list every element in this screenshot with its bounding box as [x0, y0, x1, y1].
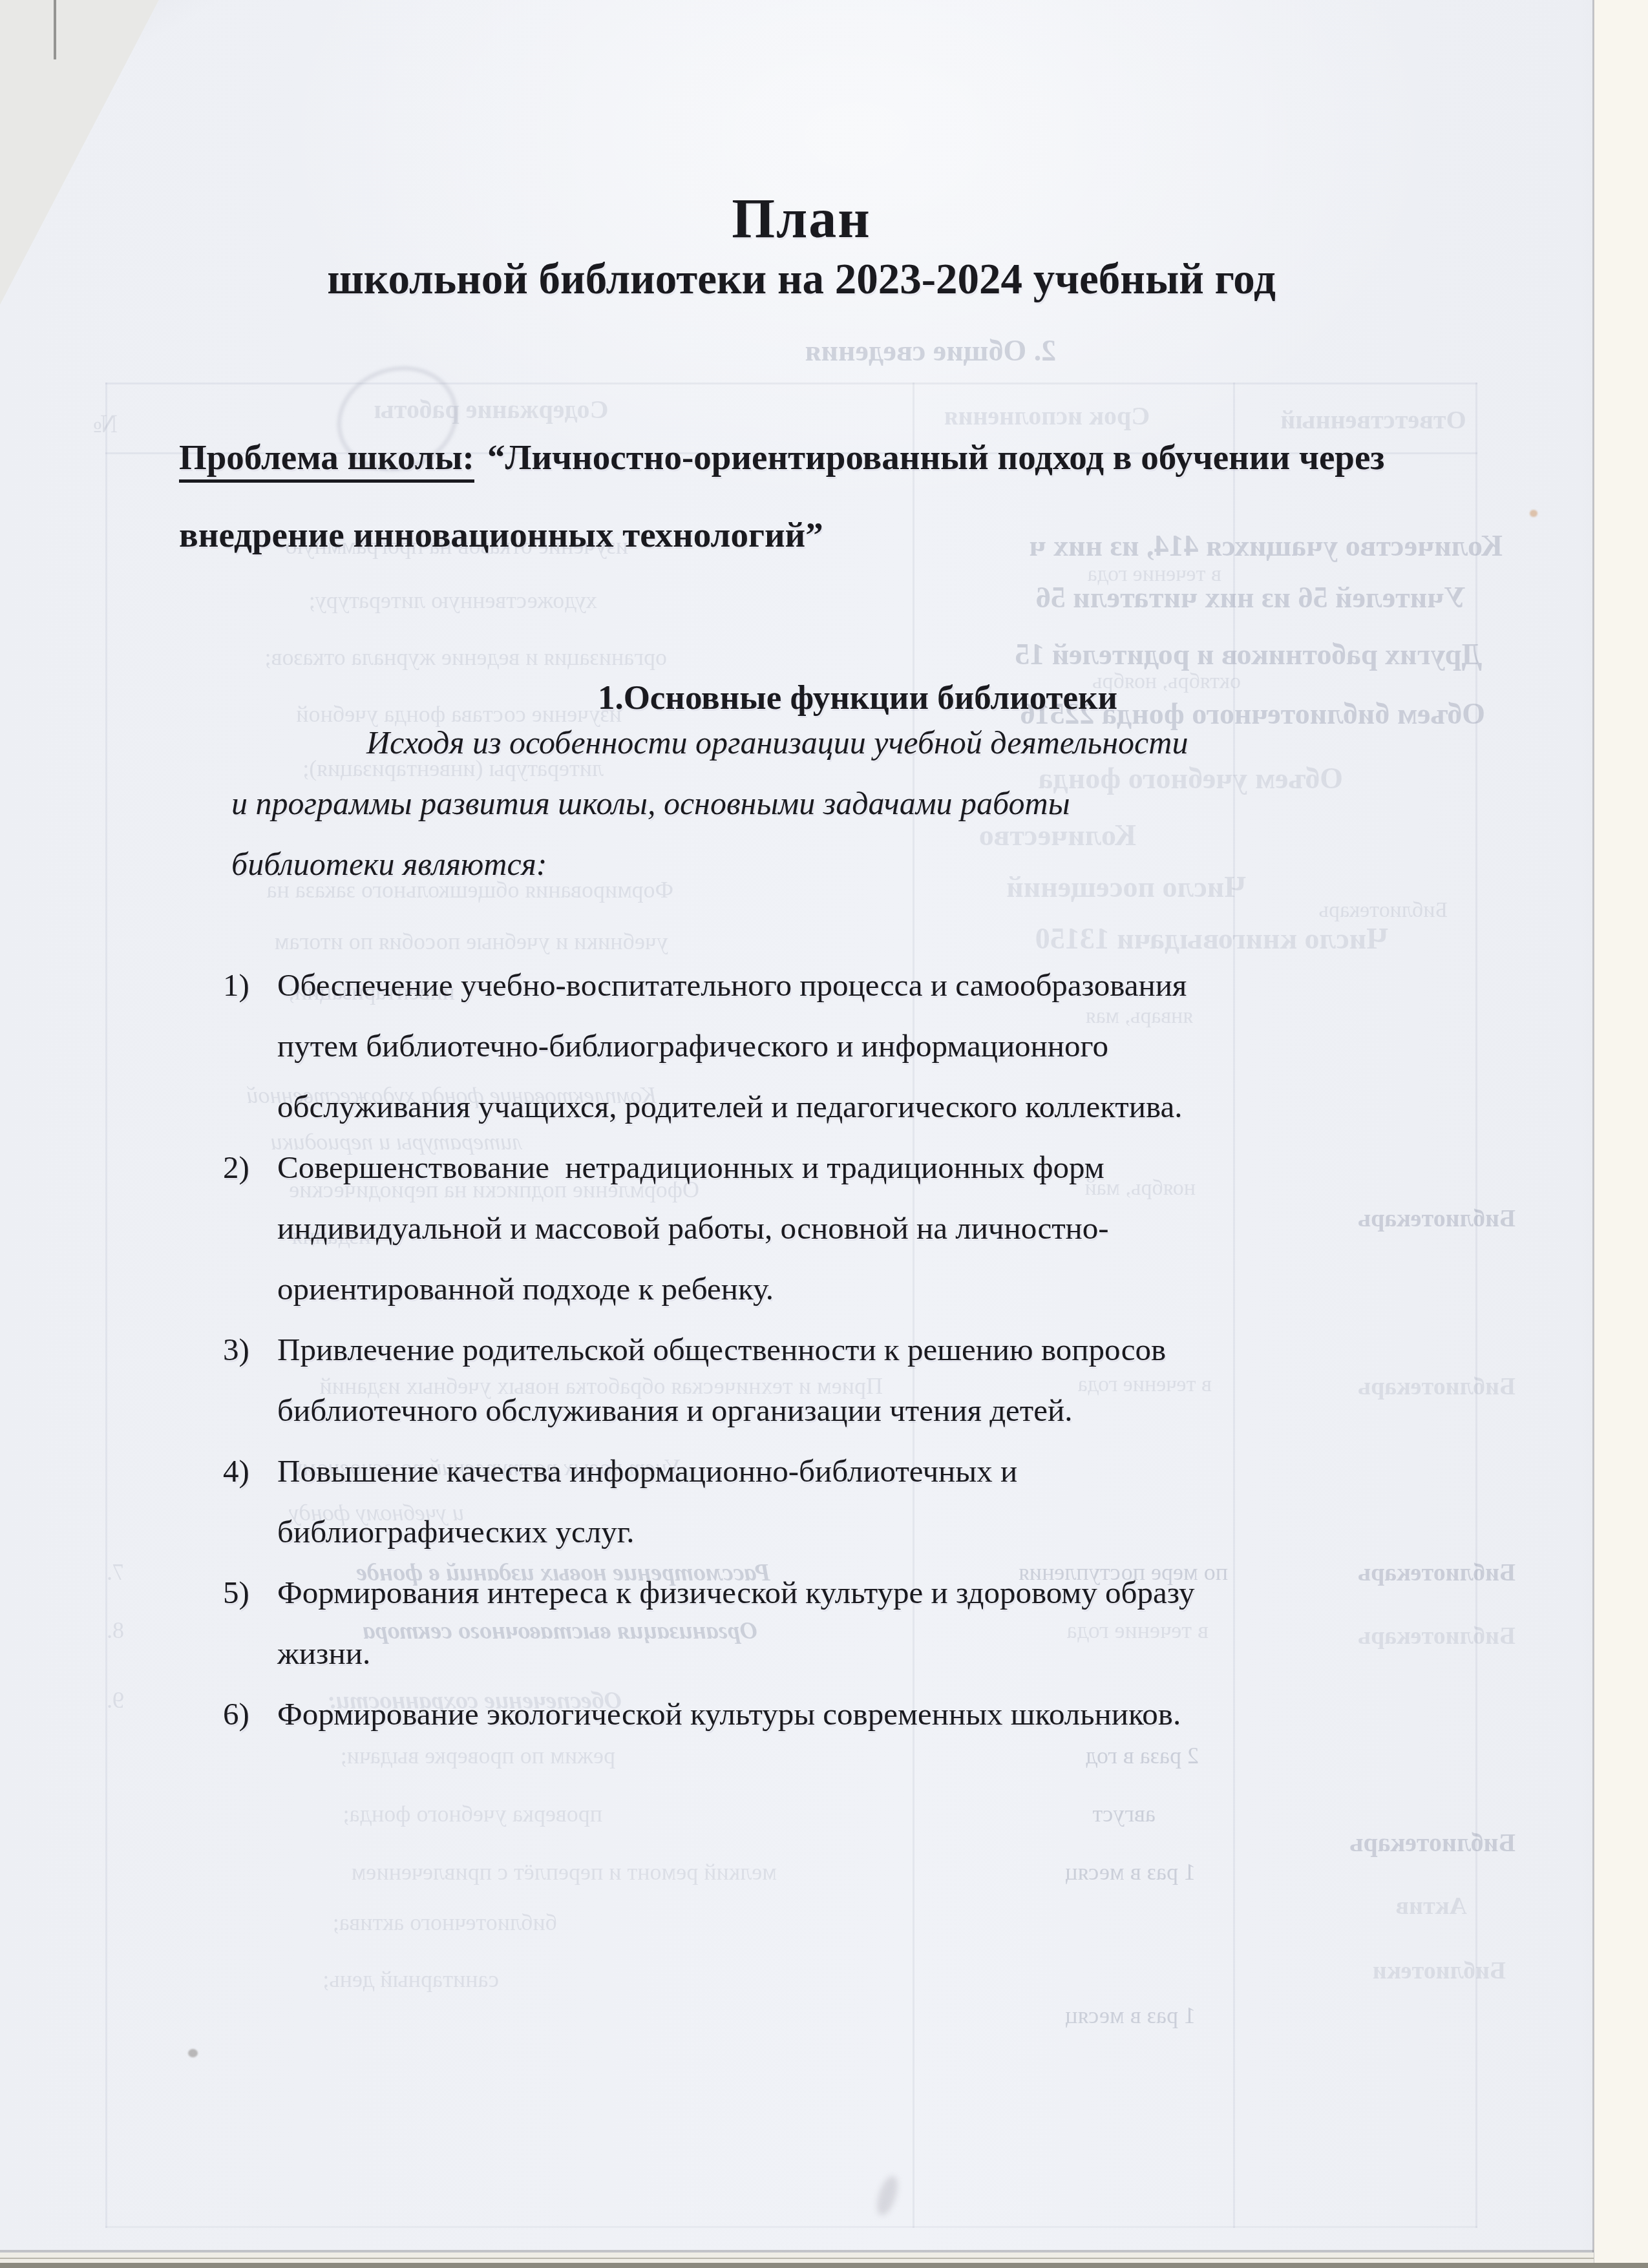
task-number: 1) — [223, 967, 277, 1003]
bleedthrough-line: 2. Общие сведения — [737, 333, 1125, 368]
intro-line: Исходя из особенности организации учебно… — [366, 724, 1188, 761]
scanned-document: 2. Общие сведения Содержание работы Срок… — [0, 0, 1648, 2268]
task-item: 2) Совершенствование нетрадиционных и тр… — [223, 1149, 1195, 1210]
task-item: путем библиотечно-библиографического и и… — [223, 1027, 1195, 1088]
task-item: жизни. — [223, 1635, 1195, 1696]
bleedthrough-line: Библиотекарь — [1228, 898, 1448, 923]
bleedthrough-line: Библиотеки — [1318, 1957, 1506, 1985]
task-item: 1) Обеспечение учебно-воспитательного пр… — [223, 967, 1195, 1027]
bleedthrough-line: № — [72, 408, 118, 439]
paper-sheet: 2. Общие сведения Содержание работы Срок… — [0, 0, 1648, 2268]
task-item: 3) Привлечение родительской общественнос… — [223, 1331, 1195, 1392]
task-item: 5) Формирования интереса к физической ку… — [223, 1574, 1195, 1635]
task-item: ориентированной подходе к ребенку. — [223, 1270, 1195, 1331]
bleedthrough-line: 1 раз в месяц — [982, 2002, 1196, 2029]
bleedthrough-line: Библиотекарь — [1283, 1622, 1516, 1650]
task-number: 6) — [223, 1696, 277, 1732]
problem-statement: Проблема школы:“Личностно-ориентированны… — [179, 419, 1549, 574]
intro-line: библиотеки являются: — [231, 845, 547, 883]
bleedthrough-line: Число посещений — [923, 870, 1246, 904]
task-line: Формирования интереса к физической культ… — [277, 1574, 1195, 1611]
task-number: 3) — [223, 1331, 277, 1368]
bleedthrough-line: август — [1033, 1800, 1156, 1827]
bleedthrough-line: Учителей 56 из них читатели 56 — [852, 580, 1466, 614]
task-line: ориентированной подходе к ребенку. — [277, 1270, 774, 1307]
bleedthrough-line: Библиотекарь — [1283, 1559, 1516, 1587]
bleedthrough-line: 9. — [79, 1686, 124, 1714]
task-line: библиографических услуг. — [277, 1513, 635, 1550]
bleedthrough-line: 1 раз в месяц — [982, 1858, 1196, 1885]
bleedthrough-line: 7. — [79, 1559, 124, 1586]
task-line: Повышение качества информационно-библиот… — [277, 1453, 1017, 1489]
task-line: Формирование экологической культуры совр… — [277, 1696, 1181, 1732]
page-stack-edge-line — [0, 2258, 1594, 2259]
task-item: обслуживания учащихся, родителей и педаг… — [223, 1088, 1195, 1149]
task-line: библиотечного обслуживания и организации… — [277, 1392, 1073, 1429]
bleedthrough-line: Библиотекарь — [1283, 1372, 1516, 1401]
task-line: жизни. — [277, 1635, 370, 1672]
bleedthrough-line: Актив — [1351, 1892, 1467, 1920]
page-subtitle: школьной библиотеки на 2023-2024 учебный… — [116, 255, 1486, 304]
bleedthrough-line: проверка учебного фонда; — [234, 1800, 602, 1827]
problem-label: Проблема школы: — [179, 437, 474, 483]
task-line: обслуживания учащихся, родителей и педаг… — [277, 1088, 1182, 1125]
task-line: Обеспечение учебно-воспитательного проце… — [277, 967, 1187, 1003]
bleedthrough-line: мелкий ремонт и переплёт с привлечением — [234, 1858, 777, 1885]
task-item: библиотечного обслуживания и организации… — [223, 1392, 1195, 1453]
bleedthrough-line: художественную литературу; — [235, 587, 597, 614]
bleedthrough-table-line — [105, 383, 107, 2228]
problem-quote-line1: “Личностно-ориентированный подход в обуч… — [487, 437, 1385, 477]
intro-line: и программы развития школы, основными за… — [231, 784, 1070, 822]
problem-quote-line2: внедрение инновационных технологий” — [179, 515, 823, 554]
bleedthrough-line: 8. — [79, 1617, 124, 1644]
task-line: Привлечение родительской общественности … — [277, 1331, 1166, 1368]
bleedthrough-line: Библиотекарь — [1283, 1827, 1516, 1858]
section-heading: 1.Основные функции библиотеки — [179, 678, 1536, 717]
bleedthrough-table-line — [105, 383, 1477, 384]
task-line: индивидуальной и массовой работы, основн… — [277, 1210, 1109, 1246]
bleedthrough-line: Других работников и родителей 15 — [839, 637, 1482, 671]
task-item: индивидуальной и массовой работы, основн… — [223, 1210, 1195, 1270]
paper-speck — [188, 2049, 198, 2057]
scanner-background-right — [1594, 0, 1648, 2268]
scanner-bottom-strip — [0, 2263, 1648, 2268]
page-title: План — [116, 186, 1486, 251]
task-number: 5) — [223, 1574, 277, 1611]
task-item: библиографических услуг. — [223, 1513, 1195, 1574]
task-line: путем библиотечно-библиографического и и… — [277, 1027, 1108, 1064]
task-item: 6) Формирование экологической культуры с… — [223, 1696, 1195, 1756]
paper-edge-mark — [54, 0, 56, 59]
task-item: 4) Повышение качества информационно-библ… — [223, 1453, 1195, 1513]
bleedthrough-line: библиотечного актива; — [234, 1909, 557, 1936]
paper-speck — [1530, 510, 1537, 517]
task-number: 4) — [223, 1453, 277, 1489]
task-number: 2) — [223, 1149, 277, 1186]
paper-right-edge — [1592, 0, 1594, 2268]
bleedthrough-line: Количество — [923, 818, 1136, 852]
bleedthrough-line: Число книговыдачи 13150 — [923, 921, 1388, 956]
bleedthrough-line: учебники и учебные пособия по итогам — [235, 928, 668, 955]
bleedthrough-line: Библиотекарь — [1283, 1204, 1516, 1233]
paper-smudge — [873, 2174, 902, 2218]
bleedthrough-table-line — [105, 2226, 1477, 2228]
tasks-list: 1) Обеспечение учебно-воспитательного пр… — [223, 967, 1195, 1756]
task-line: Совершенствование нетрадиционных и тради… — [277, 1149, 1104, 1186]
bleedthrough-line: организация и ведение журнала отказов; — [215, 644, 667, 671]
bleedthrough-line: санитарный день; — [234, 1966, 499, 1993]
